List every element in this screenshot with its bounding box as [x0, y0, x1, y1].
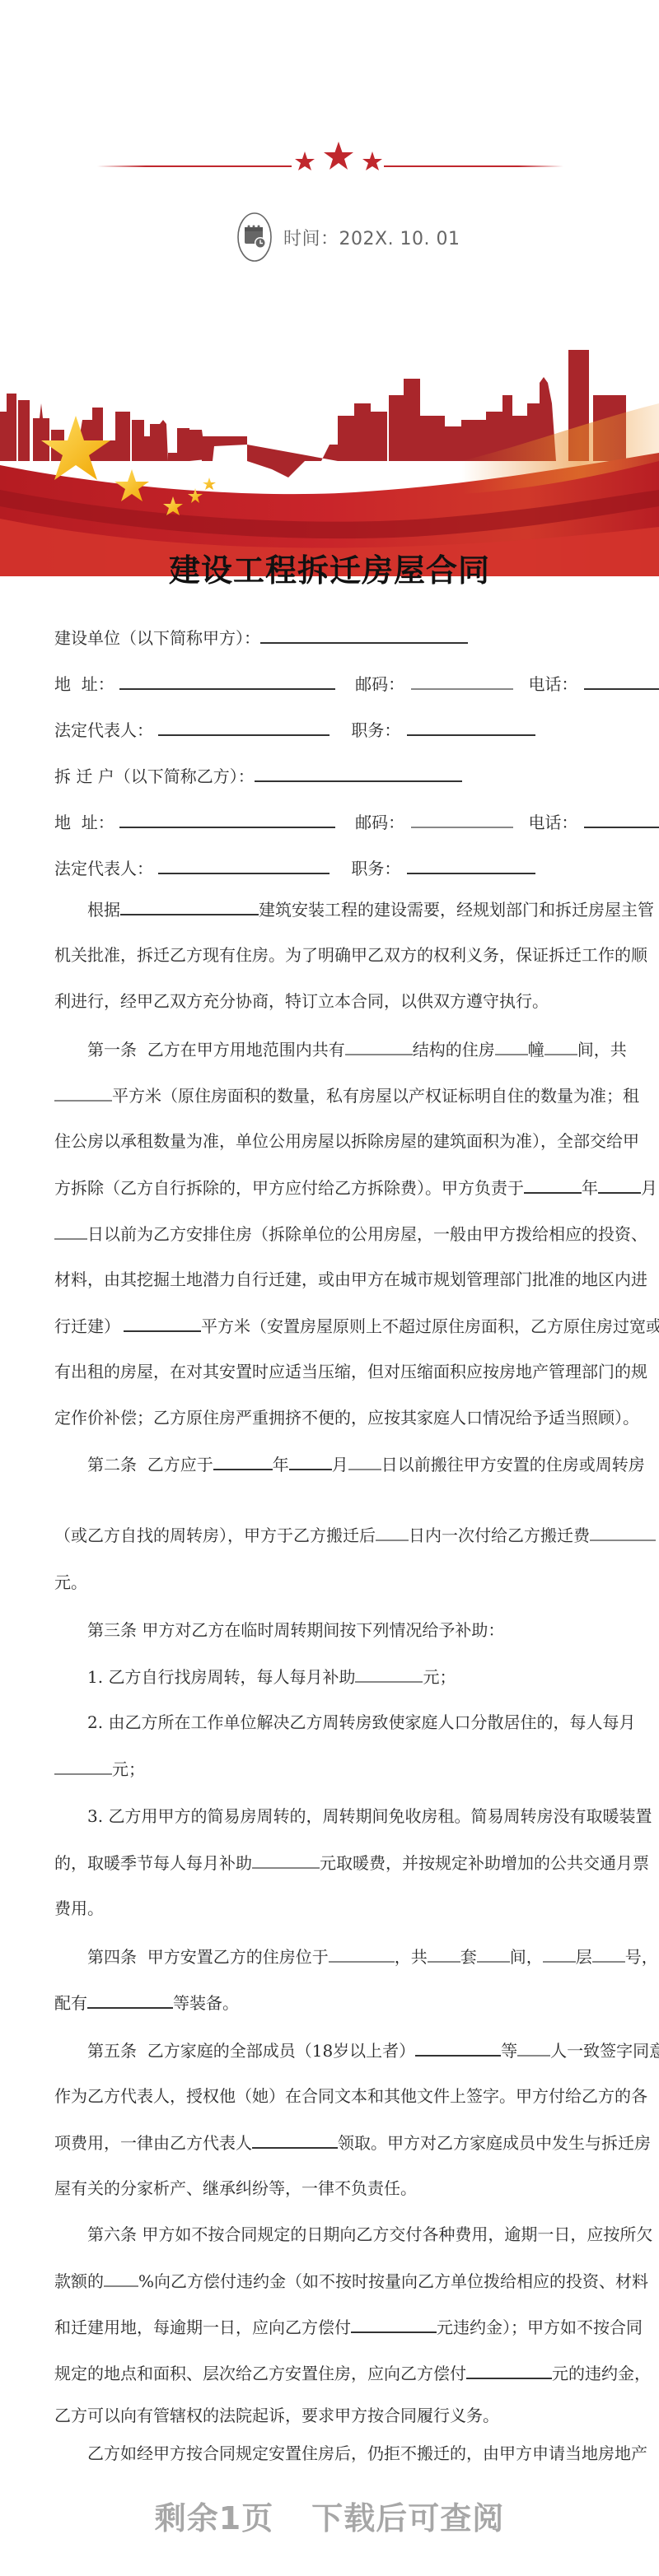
preamble-line-1: 根据建筑安装工程的建设需要，经规划部门和拆迁房屋主管: [54, 897, 654, 921]
address-label: 地 址：: [54, 674, 115, 694]
text: 元取暖费，并按规定补助增加的公共交通月票: [320, 1853, 649, 1873]
party-a-row: 建设单位（以下简称甲方）：: [54, 626, 468, 650]
article-3-item-3-end: 费用。: [54, 1897, 104, 1920]
text: ，共: [395, 1947, 428, 1967]
text: 建筑安装工程的建设需要，经规划部门和拆迁房屋主管: [259, 900, 654, 920]
text: 领取。甲方对乙方家庭成员中发生与拆迁房: [338, 2133, 651, 2153]
number-field[interactable]: [592, 1945, 625, 1963]
date-label: 时间：202X. 10. 01: [283, 225, 460, 250]
housing-location-field[interactable]: [329, 1945, 395, 1963]
rep-label: 法定代表人：: [54, 720, 153, 740]
party-b-address-field[interactable]: [119, 810, 335, 828]
article-1-line-6: 材料，由其挖掘土地潜力自行迁建，或由甲方在城市规划管理部门批准的地区内进: [54, 1268, 647, 1291]
text: 款额的: [54, 2271, 104, 2291]
city-skyline-banner: [0, 321, 659, 576]
phone-label: 电话：: [528, 813, 577, 832]
move-year-field[interactable]: [213, 1452, 273, 1470]
position-label: 职务：: [351, 720, 400, 740]
text: 规定的地点和面积、层次给乙方安置住房，应向乙方偿付: [54, 2364, 466, 2383]
address-label: 地 址：: [54, 813, 115, 832]
party-b-rep-field[interactable]: [158, 856, 329, 874]
text: 日内一次付给乙方搬迁费: [409, 1526, 590, 1545]
party-b-rep-row: 法定代表人： 职务：: [54, 856, 535, 880]
text: 人一致签字同意: [550, 2041, 659, 2061]
text: （或乙方自找的周转房），甲方于乙方搬迁后: [54, 1526, 376, 1545]
text: 平方米（安置房屋原则上不超过原住房面积，乙方原住房过宽或: [201, 1316, 659, 1336]
heating-subsidy-field[interactable]: [252, 1851, 320, 1869]
party-b-row: 拆 迁 户（以下简称乙方）：: [54, 764, 462, 788]
party-b-position-field[interactable]: [407, 856, 535, 874]
article-3-item-2-cont: 元；: [54, 1757, 145, 1781]
text: 第四条 甲方安置乙方的住房位于: [87, 1947, 329, 1967]
article-5-line-4: 屋有关的分家析产、继承纠纷等，一律不负责任。: [54, 2177, 417, 2200]
article-3-item-3-cont: 的，取暖季节每人每月补助元取暖费，并按规定补助增加的公共交通月票: [54, 1851, 649, 1875]
day-field[interactable]: [54, 1222, 87, 1240]
text: 元；: [112, 1759, 145, 1779]
text: 和迁建用地，每逾期一日，应向乙方偿付: [54, 2317, 351, 2337]
text: 的，取暖季节每人每月补助: [54, 1853, 252, 1873]
text: 平方米（原住房面积的数量，私有房屋以产权证标明自住的数量为准；租: [112, 1086, 639, 1106]
party-b-phone-field[interactable]: [584, 810, 659, 828]
floor-field[interactable]: [543, 1945, 576, 1963]
buildings-count-field[interactable]: [495, 1037, 528, 1055]
subsidy-unit-field[interactable]: [54, 1757, 112, 1775]
article-4-line-1: 第四条 甲方安置乙方的住房位于，共套间，层号，: [54, 1945, 658, 1968]
article-3-item-3: 3. 乙方用甲方的简易房周转的，周转期间免收房租。简易周转房没有取暖装置: [54, 1805, 652, 1828]
text: 配有: [54, 1993, 87, 2013]
party-b-zip-field[interactable]: [411, 810, 513, 828]
text: 等: [501, 2041, 517, 2061]
article-5-line-2: 作为乙方代表人，授权他（她）在合同文本和其他文件上签字。甲方付给乙方的各: [54, 2085, 647, 2108]
article-4-line-2: 配有等装备。: [54, 1991, 239, 2015]
zip-label: 邮码：: [355, 674, 404, 694]
text: 层: [576, 1947, 592, 1967]
party-a-address-row: 地 址： 邮码： 电话：: [54, 672, 659, 696]
party-b-address-row: 地 址： 邮码： 电话：: [54, 810, 659, 834]
project-name-field[interactable]: [120, 897, 259, 915]
text: 日以前为乙方安排住房（拆除单位的公用房屋，一般由甲方拨给相应的投资、: [87, 1224, 647, 1244]
text: 年: [273, 1455, 289, 1474]
article-1-line-2: 平方米（原住房面积的数量，私有房屋以产权证标明自住的数量为准；租: [54, 1083, 639, 1107]
article-1-line-3: 住公房以承租数量为准，单位公用房屋以拆除房屋的建筑面积为准），全部交给甲: [54, 1130, 639, 1153]
article-5-line-1: 第五条 乙方家庭的全部成员（18岁以上者）等人一致签字同意: [54, 2038, 659, 2062]
text: 间，: [510, 1947, 543, 1967]
article-6-line-2: 款额的%向乙方偿付违约金（如不按时按量向乙方单位拨给相应的投资、材料: [54, 2269, 648, 2293]
text: 项费用，一律由乙方代表人: [54, 2133, 252, 2153]
text: 元违约金）；甲方如不按合同: [437, 2317, 643, 2337]
party-a-zip-field[interactable]: [411, 672, 513, 690]
sets-field[interactable]: [428, 1945, 460, 1963]
members-count-field[interactable]: [517, 2038, 550, 2057]
structure-field[interactable]: [345, 1037, 413, 1055]
text: 号，: [625, 1947, 658, 1967]
final-paragraph-line-1: 乙方如经甲方按合同规定安置住房后，仍拒不搬迁的，由甲方申请当地房地产: [54, 2442, 647, 2465]
party-a-label: 建设单位（以下简称甲方）：: [54, 628, 260, 648]
rep-label: 法定代表人：: [54, 859, 153, 878]
daily-penalty-field[interactable]: [351, 2315, 437, 2333]
preamble-line-3: 利进行，经甲乙双方充分协商，特订立本合同，以供双方遵守执行。: [54, 990, 549, 1013]
article-6-line-3: 和迁建用地，每逾期一日，应向乙方偿付元违约金）；甲方如不按合同: [54, 2315, 643, 2339]
zip-label: 邮码：: [355, 813, 404, 832]
article-6-line-1: 第六条 甲方如不按合同规定的日期向乙方交付各种费用，逾期一日，应按所欠: [54, 2223, 652, 2246]
text: 结构的住房: [413, 1040, 495, 1060]
rooms-count-field[interactable]: [544, 1037, 577, 1055]
article-2-line-3: 元。: [54, 1571, 87, 1594]
rooms-field[interactable]: [477, 1945, 510, 1963]
party-a-rep-field[interactable]: [158, 718, 329, 736]
party-a-name-field[interactable]: [260, 626, 468, 644]
move-month-field[interactable]: [289, 1452, 332, 1470]
download-to-view-label: 下载后可查阅: [311, 2500, 504, 2536]
article-1-line-9: 定作价补偿；乙方原住房严重拥挤不便的，应按其家庭人口情况给予适当照顾）。: [54, 1406, 639, 1429]
header-divider-left: [97, 165, 292, 167]
subsidy-self-field[interactable]: [355, 1665, 423, 1683]
text: 月: [641, 1178, 657, 1198]
date-row: 时间：202X. 10. 01: [237, 208, 460, 266]
text: 等装备。: [173, 1993, 239, 2013]
article-6-line-4: 规定的地点和面积、层次给乙方安置住房，应向乙方偿付元的违约金，: [54, 2361, 651, 2385]
text: 幢: [528, 1040, 544, 1060]
remaining-pages-banner[interactable]: 剩余1页下载后可查阅: [0, 2493, 659, 2538]
article-1-line-1: 第一条 乙方在甲方用地范围内共有结构的住房幢间，共: [54, 1037, 627, 1061]
text: 元的违约金，: [552, 2364, 651, 2383]
document-title: 建设工程拆迁房屋合同: [0, 545, 659, 590]
article-3-item-2: 2. 由乙方所在工作单位解决乙方周转房致使家庭人口分散居住的，每人每月: [54, 1711, 635, 1734]
text: 第二条 乙方应于: [87, 1455, 213, 1474]
text: 方拆除（乙方自行拆除的，甲方应付给乙方拆除费）。甲方负责于: [54, 1178, 524, 1198]
text: 日以前搬往甲方安置的住房或周转房: [381, 1455, 645, 1474]
phone-label: 电话：: [528, 674, 577, 694]
remaining-pages-label: 剩余1页: [155, 2500, 273, 2536]
text: 1. 乙方自行找房周转，每人每月补助: [87, 1667, 355, 1687]
text: 年: [582, 1178, 598, 1198]
penalty-percent-field[interactable]: [104, 2269, 138, 2287]
text: 第五条 乙方家庭的全部成员（18岁以上者）: [87, 2041, 415, 2061]
article-5-line-3: 项费用，一律由乙方代表人领取。甲方对乙方家庭成员中发生与拆迁房: [54, 2131, 651, 2154]
article-6-line-5: 乙方可以向有管辖权的法院起诉，要求甲方按合同履行义务。: [54, 2404, 499, 2427]
article-3-line-1: 第三条 甲方对乙方在临时周转期间按下列情况给予补助：: [54, 1619, 504, 1642]
article-1-line-4: 方拆除（乙方自行拆除的，甲方应付给乙方拆除费）。甲方负责于年月: [54, 1176, 657, 1199]
article-1-line-8: 有出租的房屋，在对其安置时应适当压缩，但对压缩面积应按房地产管理部门的规: [54, 1360, 647, 1383]
equipment-field[interactable]: [87, 1991, 173, 2009]
housing-penalty-field[interactable]: [466, 2361, 552, 2379]
position-label: 职务：: [351, 859, 400, 878]
text: 根据: [87, 900, 120, 920]
article-3-item-1: 1. 乙方自行找房周转，每人每月补助元；: [54, 1665, 456, 1689]
text: 行迁建）: [54, 1316, 120, 1336]
text: 元；: [423, 1667, 456, 1687]
party-a-rep-row: 法定代表人： 职务：: [54, 718, 535, 742]
text: 套: [460, 1947, 477, 1967]
article-1-line-5: 日以前为乙方安排住房（拆除单位的公用房屋，一般由甲方拨给相应的投资、: [54, 1222, 647, 1246]
moving-fee-field[interactable]: [590, 1523, 656, 1541]
party-a-position-field[interactable]: [407, 718, 535, 736]
text: %向乙方偿付违约金（如不按时按量向乙方单位拨给相应的投资、材料: [138, 2271, 648, 2291]
members-field[interactable]: [415, 2038, 501, 2057]
text: 月: [332, 1455, 348, 1474]
payment-days-field[interactable]: [376, 1523, 409, 1541]
preamble-line-2: 机关批准，拆迁乙方现有住房。为了明确甲乙双方的权利义务，保证拆迁工作的顺: [54, 943, 647, 967]
party-b-label: 拆 迁 户（以下简称乙方）：: [54, 766, 255, 786]
article-2-line-1: 第二条 乙方应于年月日以前搬往甲方安置的住房或周转房: [54, 1452, 645, 1476]
party-b-name-field[interactable]: [255, 764, 462, 782]
move-day-field[interactable]: [348, 1452, 381, 1470]
representative-field[interactable]: [252, 2131, 338, 2149]
month-field[interactable]: [598, 1176, 641, 1194]
text: 第一条 乙方在甲方用地范围内共有: [87, 1040, 345, 1060]
relocation-area-field[interactable]: [124, 1314, 201, 1332]
party-a-phone-field[interactable]: [584, 672, 659, 690]
calendar-clock-icon: [237, 212, 272, 263]
year-field[interactable]: [524, 1176, 582, 1194]
article-1-line-7: 行迁建）平方米（安置房屋原则上不超过原住房面积，乙方原住房过宽或: [54, 1314, 659, 1338]
area-field[interactable]: [54, 1083, 112, 1102]
party-a-address-field[interactable]: [119, 672, 335, 690]
three-stars-icon: [295, 142, 382, 186]
header-divider-right: [384, 165, 563, 167]
text: 间，共: [577, 1040, 627, 1060]
article-2-line-2: （或乙方自找的周转房），甲方于乙方搬迁后日内一次付给乙方搬迁费: [54, 1523, 656, 1547]
